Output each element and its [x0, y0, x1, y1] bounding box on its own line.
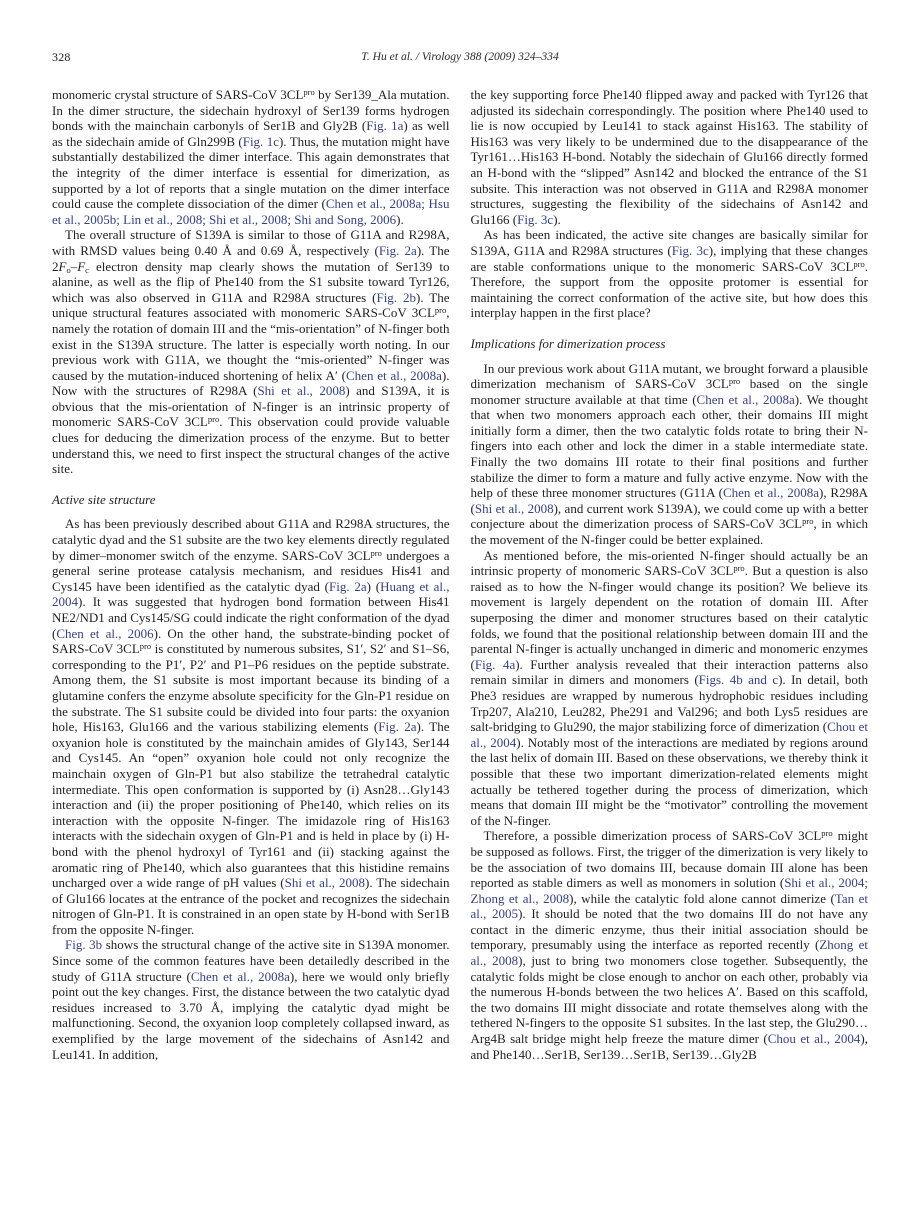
subscript-text: o: [66, 265, 70, 275]
journal-page: 328 T. Hu et al. / Virology 388 (2009) 3…: [0, 0, 920, 1227]
running-head: 328 T. Hu et al. / Virology 388 (2009) 3…: [52, 50, 868, 66]
right-column: the key supporting force Phe140 flipped …: [471, 87, 869, 1062]
left-column: monomeric crystal structure of SARS-CoV …: [52, 87, 450, 1062]
citation-link[interactable]: Chou et al., 2004: [768, 1031, 861, 1046]
superscript-text: pro: [729, 376, 740, 386]
subscript-text: c: [85, 265, 89, 275]
paragraph: The overall structure of S139A is simila…: [52, 227, 450, 477]
superscript-text: pro: [853, 259, 864, 269]
figure-link[interactable]: Fig. 1a: [366, 118, 403, 133]
figure-link[interactable]: Fig. 2a: [379, 243, 417, 258]
paragraph: In our previous work about G11A mutant, …: [471, 361, 869, 548]
superscript-text: pro: [208, 414, 219, 424]
section-heading: Implications for dimerization process: [471, 336, 869, 352]
citation-link[interactable]: Huang et al., 2004: [52, 579, 450, 610]
superscript-text: pro: [733, 563, 744, 573]
citation-link[interactable]: Shi et al., 2008: [257, 383, 345, 398]
paragraph: monomeric crystal structure of SARS-CoV …: [52, 87, 450, 227]
citation-link[interactable]: Chen et al., 2006: [56, 626, 153, 641]
paragraph: As mentioned before, the mis-oriented N-…: [471, 548, 869, 829]
paragraph: Therefore, a possible dimerization proce…: [471, 828, 869, 1062]
running-title: T. Hu et al. / Virology 388 (2009) 324–3…: [52, 50, 868, 63]
citation-link[interactable]: Shi et al., 2004; Zhong et al., 2008: [471, 875, 869, 906]
superscript-text: pro: [821, 828, 832, 838]
superscript-text: pro: [435, 305, 446, 315]
superscript-text: pro: [802, 516, 813, 526]
figure-link[interactable]: Fig. 2b: [376, 290, 416, 305]
figure-link[interactable]: Fig. 2a: [329, 579, 367, 594]
citation-link[interactable]: Chen et al., 2008a: [346, 368, 442, 383]
figure-link[interactable]: Figs. 4b and c: [699, 672, 778, 687]
citation-link[interactable]: Chen et al., 2008a: [191, 969, 290, 984]
paragraph: the key supporting force Phe140 flipped …: [471, 87, 869, 227]
citation-link[interactable]: Shi et al., 2008: [475, 501, 554, 516]
figure-link[interactable]: Fig. 3c: [672, 243, 709, 258]
figure-link[interactable]: Fig. 2a: [378, 719, 416, 734]
figure-link[interactable]: Fig. 1c: [243, 134, 279, 149]
italic-variable: F: [77, 259, 85, 274]
citation-link[interactable]: Chou et al., 2004: [471, 719, 869, 750]
citation-link[interactable]: Shi et al., 2008: [285, 875, 365, 890]
superscript-text: pro: [140, 641, 151, 651]
two-column-body: monomeric crystal structure of SARS-CoV …: [52, 87, 868, 1062]
citation-link[interactable]: Zhong et al., 2008: [471, 937, 869, 968]
section-heading: Active site structure: [52, 492, 450, 508]
paragraph: Fig. 3b shows the structural change of t…: [52, 937, 450, 1062]
superscript-text: pro: [303, 87, 314, 97]
paragraph: As has been previously described about G…: [52, 516, 450, 937]
citation-link[interactable]: Chen et al., 2008a: [723, 485, 819, 500]
citation-link[interactable]: Chen et al., 2008a: [697, 392, 795, 407]
paragraph: As has been indicated, the active site c…: [471, 227, 869, 321]
figure-link[interactable]: Fig. 4a: [475, 657, 515, 672]
superscript-text: pro: [371, 548, 382, 558]
figure-link[interactable]: Fig. 3b: [65, 937, 102, 952]
figure-link[interactable]: Fig. 3c: [517, 212, 553, 227]
citation-link[interactable]: Chen et al., 2008a; Hsu et al., 2005b; L…: [52, 196, 450, 227]
